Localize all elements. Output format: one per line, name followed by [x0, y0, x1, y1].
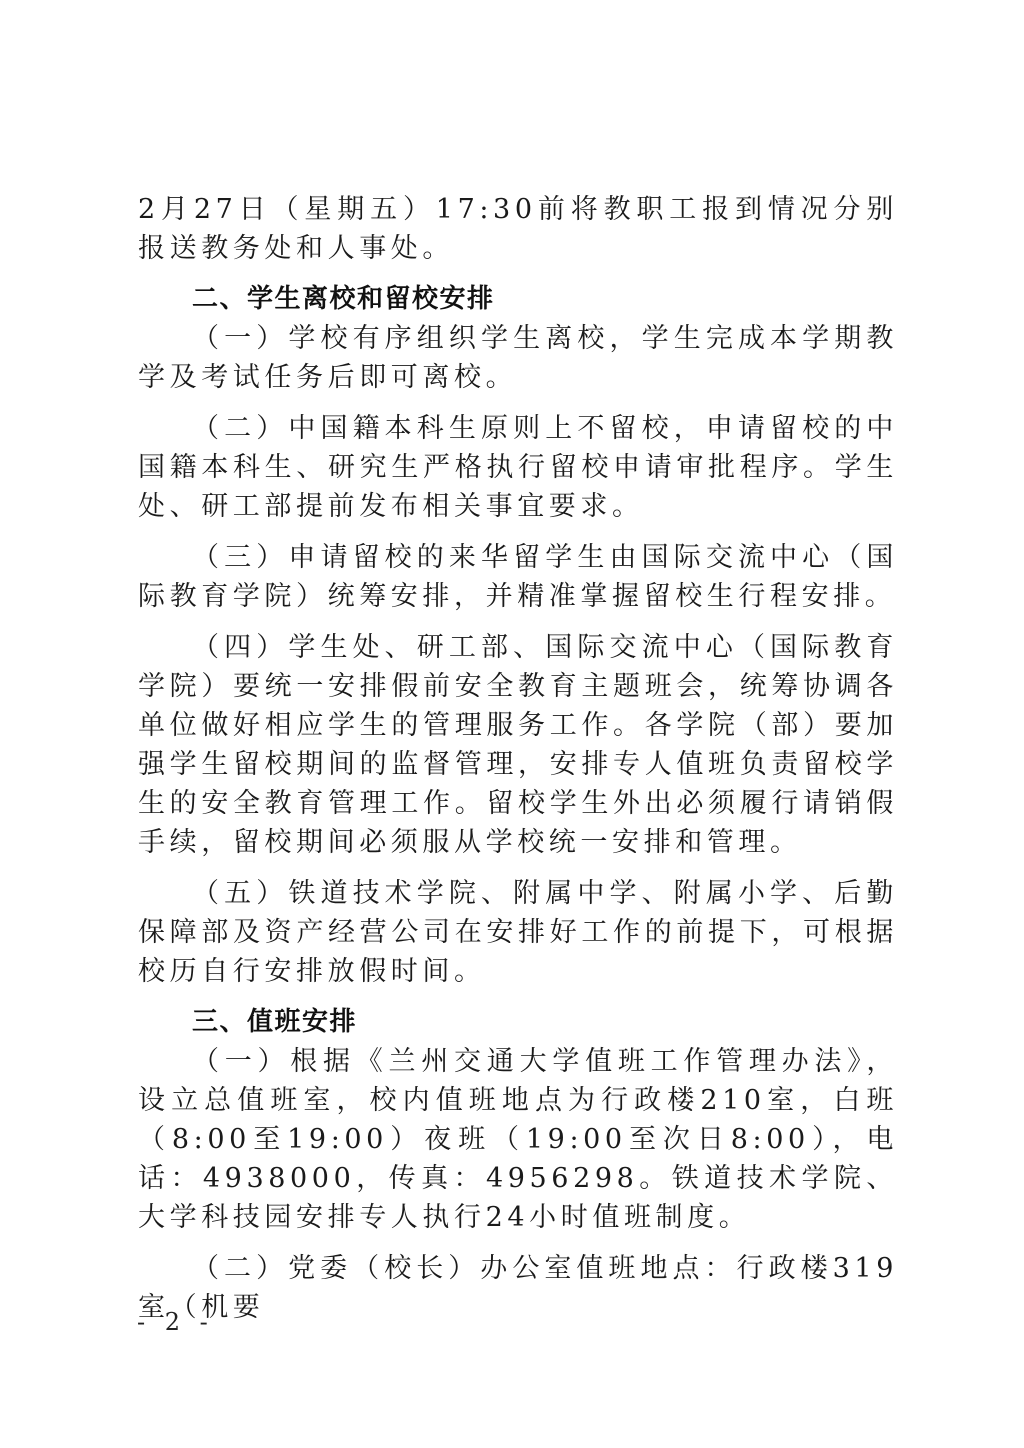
paragraph-2-4: （四）学生处、研工部、国际交流中心（国际教育学院）要统一安排假前安全教育主题班会…	[138, 628, 898, 862]
paragraph-2-3: （三）申请留校的来华留学生由国际交流中心（国际教育学院）统筹安排，并精准掌握留校…	[138, 538, 898, 616]
page-number: - 2 -	[137, 1308, 214, 1336]
paragraph-continuation: 2月27日（星期五）17:30前将教职工报到情况分别报送教务处和人事处。	[138, 190, 898, 268]
paragraph-3-2: （二）党委（校长）办公室值班地点：行政楼319室（机要	[138, 1249, 898, 1327]
section-heading-2: 二、学生离校和留校安排	[138, 280, 898, 319]
document-body: 2月27日（星期五）17:30前将教职工报到情况分别报送教务处和人事处。 二、学…	[138, 190, 898, 1327]
section-heading-3: 三、值班安排	[138, 1003, 898, 1042]
paragraph-3-1: （一）根据《兰州交通大学值班工作管理办法》，设立总值班室，校内值班地点为行政楼2…	[138, 1042, 898, 1237]
paragraph-2-5: （五）铁道技术学院、附属中学、附属小学、后勤保障部及资产经营公司在安排好工作的前…	[138, 874, 898, 991]
paragraph-2-2: （二）中国籍本科生原则上不留校，申请留校的中国籍本科生、研究生严格执行留校申请审…	[138, 409, 898, 526]
paragraph-2-1: （一）学校有序组织学生离校，学生完成本学期教学及考试任务后即可离校。	[138, 319, 898, 397]
